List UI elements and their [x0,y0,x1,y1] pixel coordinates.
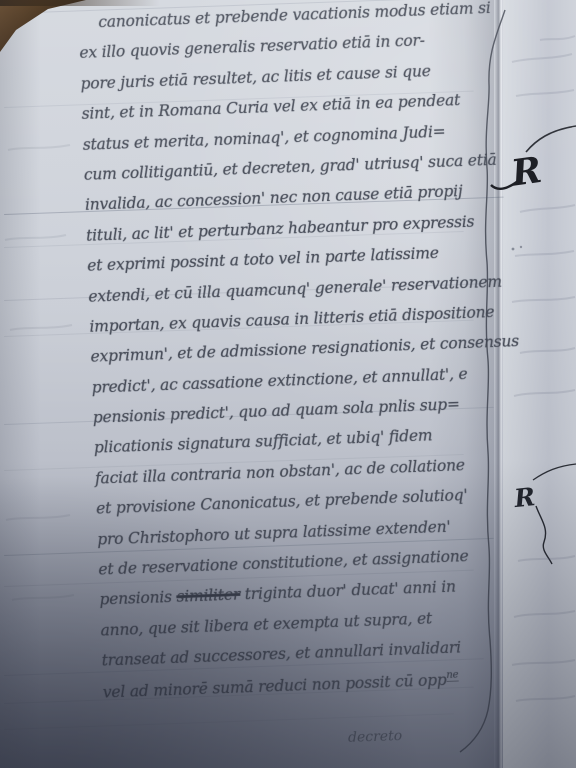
desk-corner [0,0,86,54]
catchword: decreto [348,728,403,746]
page-top-edge-shadow [0,0,160,6]
line-text: pensionis [99,588,177,609]
manuscript-lines: canonicatus et prebende vacationis modus… [78,0,533,713]
line-text: ne [446,669,458,681]
struck-word: similiter [176,586,240,606]
manuscript-text-block: canonicatus et prebende vacationis modus… [78,0,533,713]
manuscript-photo: canonicatus et prebende vacationis modus… [0,0,576,768]
